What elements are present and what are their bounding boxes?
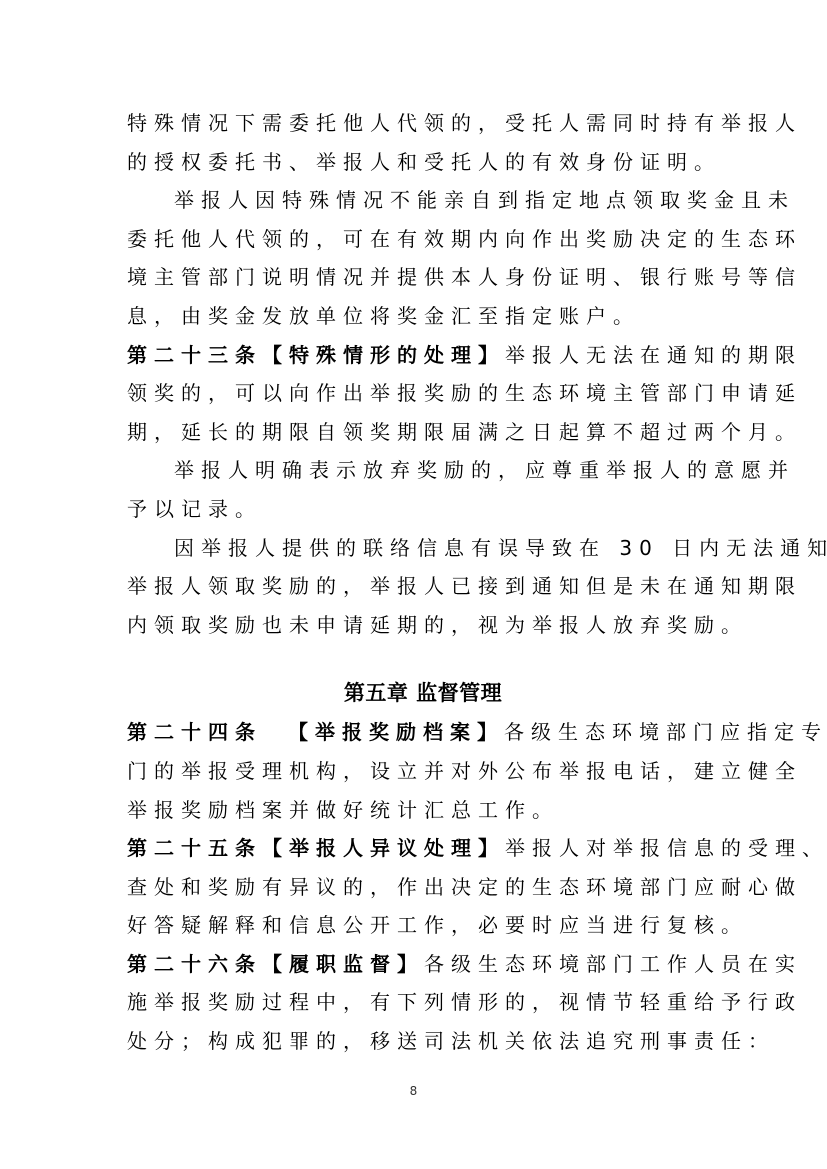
text-line: 处分；构成犯罪的，移送司法机关依法追究刑事责任： [127, 1022, 707, 1061]
text-line: 第二十六条【履职监督】各级生态环境部门工作人员在实 [127, 945, 707, 984]
article-number: 第二十四条 [127, 720, 262, 744]
text-line: 特殊情况下需委托他人代领的，受托人需同时持有举报人 [127, 104, 707, 143]
article-title: 【举报奖励档案】 [288, 720, 504, 744]
text-line: 好答疑解释和信息公开工作，必要时应当进行复核。 [127, 906, 707, 945]
text-line: 境主管部门说明情况并提供本人身份证明、银行账号等信 [127, 258, 707, 297]
article-title: 【举报人异议处理】 [262, 836, 505, 860]
text-line: 举报奖励档案并做好统计汇总工作。 [127, 791, 707, 830]
article-number: 第二十三条 [127, 343, 262, 367]
text-line: 举报人因特殊情况不能亲自到指定地点领取奖金且未 [127, 181, 707, 220]
text-line: 门的举报受理机构，设立并对外公布举报电话，建立健全 [127, 752, 707, 791]
text-line: 举报人明确表示放弃奖励的，应尊重举报人的意愿并 [127, 451, 707, 490]
text-line: 予以记录。 [127, 490, 707, 529]
text-line: 施举报奖励过程中，有下列情形的，视情节轻重给予行政 [127, 983, 707, 1022]
article-text: 举报人无法在通知的期限 [505, 343, 802, 367]
text-line: 查处和奖励有异议的，作出决定的生态环境部门应耐心做 [127, 868, 707, 907]
article-25: 第二十五条【举报人异议处理】举报人对举报信息的受理、 查处和奖励有异议的，作出决… [127, 829, 707, 945]
text-line: 委托他人代领的，可在有效期内向作出奖励决定的生态环 [127, 220, 707, 259]
text-line: 期，延长的期限自领奖期限届满之日起算不超过两个月。 [127, 413, 707, 452]
article-title: 【特殊情形的处理】 [262, 343, 505, 367]
text-line: 领奖的，可以向作出举报奖励的生态环境主管部门申请延 [127, 374, 707, 413]
paragraph-proxy-collection: 特殊情况下需委托他人代领的，受托人需同时持有举报人 的授权委托书、举报人和受托人… [127, 104, 707, 181]
article-number: 第二十六条 [127, 952, 262, 976]
article-text: 各级生态环境部门应指定专 [504, 720, 827, 744]
paragraph-remittance: 举报人因特殊情况不能亲自到指定地点领取奖金且未 委托他人代领的，可在有效期内向作… [127, 181, 707, 335]
chapter-heading: 第五章 监督管理 [127, 673, 707, 713]
page-body: 特殊情况下需委托他人代领的，受托人需同时持有举报人 的授权委托书、举报人和受托人… [127, 104, 707, 1061]
page-number: 8 [0, 1084, 827, 1098]
text-line: 第二十五条【举报人异议处理】举报人对举报信息的受理、 [127, 829, 707, 868]
text-line: 的授权委托书、举报人和受托人的有效身份证明。 [127, 143, 707, 182]
text-line: 举报人领取奖励的，举报人已接到通知但是未在通知期限 [127, 567, 707, 606]
text-line: 内领取奖励也未申请延期的，视为举报人放弃奖励。 [127, 606, 707, 645]
text-line: 第二十四条【举报奖励档案】各级生态环境部门应指定专 [127, 713, 707, 752]
document-page: 特殊情况下需委托他人代领的，受托人需同时持有举报人 的授权委托书、举报人和受托人… [0, 0, 827, 1169]
article-26: 第二十六条【履职监督】各级生态环境部门工作人员在实 施举报奖励过程中，有下列情形… [127, 945, 707, 1061]
article-number: 第二十五条 [127, 836, 262, 860]
article-text: 举报人对举报信息的受理、 [505, 836, 827, 860]
text-line: 因举报人提供的联络信息有误导致在 30 日内无法通知 [127, 529, 707, 568]
article-23: 第二十三条【特殊情形的处理】举报人无法在通知的期限 领奖的，可以向作出举报奖励的… [127, 336, 707, 645]
text-line: 息，由奖金发放单位将奖金汇至指定账户。 [127, 297, 707, 336]
article-title: 【履职监督】 [262, 952, 424, 976]
article-24: 第二十四条【举报奖励档案】各级生态环境部门应指定专 门的举报受理机构，设立并对外… [127, 713, 707, 829]
text-line: 第二十三条【特殊情形的处理】举报人无法在通知的期限 [127, 336, 707, 375]
article-text: 各级生态环境部门工作人员在实 [424, 952, 802, 976]
